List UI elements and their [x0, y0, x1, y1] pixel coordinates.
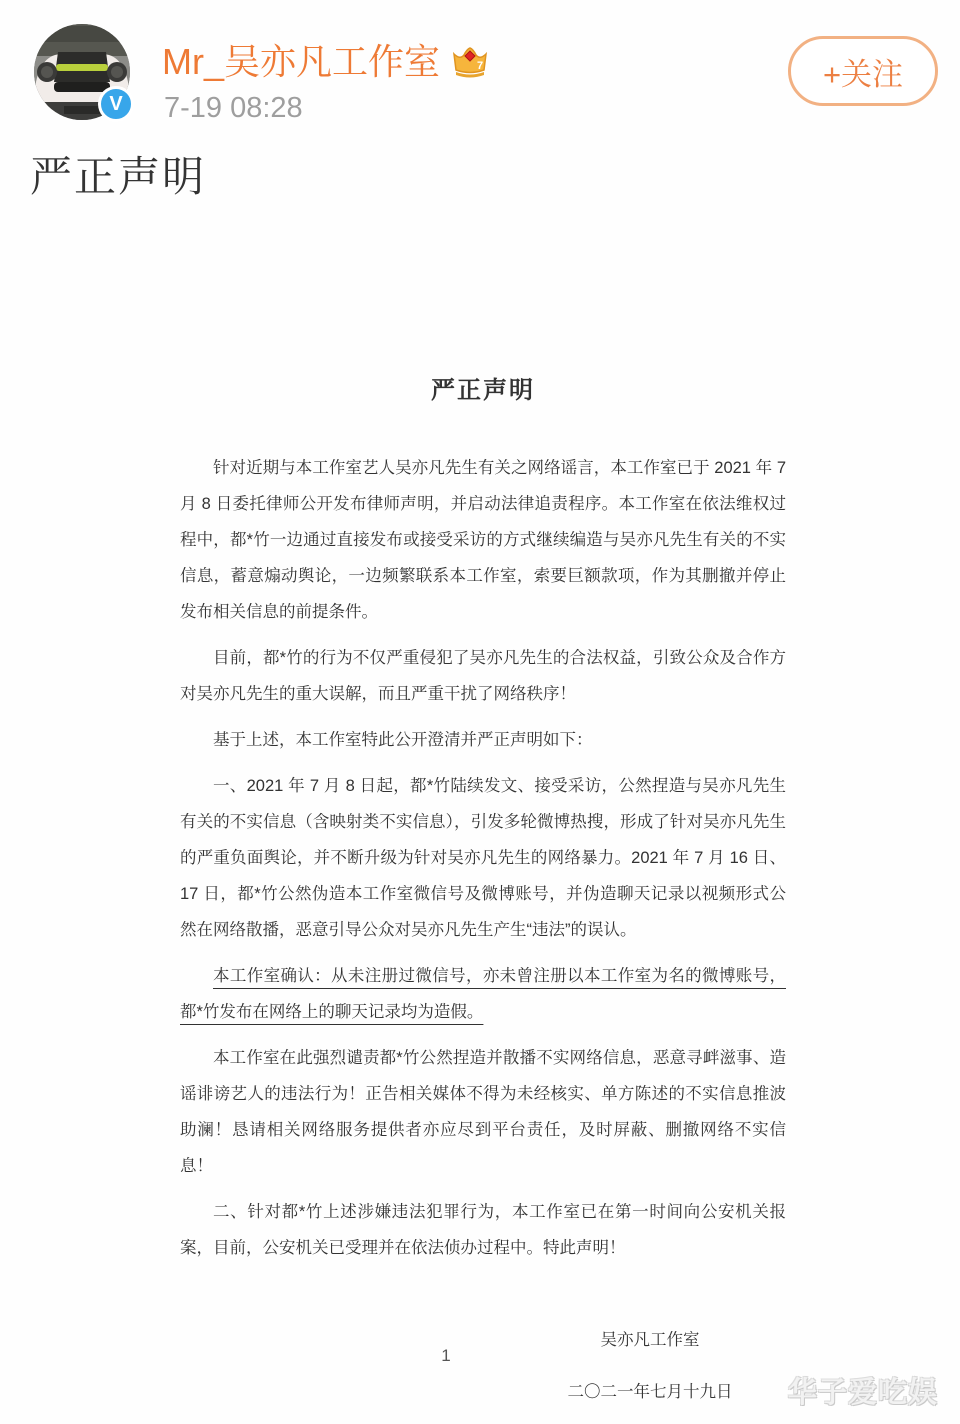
username-link[interactable]: Mr_吴亦凡工作室 [162, 40, 440, 84]
vip-crown-icon: 7 [450, 42, 490, 82]
post-timestamp: 7-19 08:28 [164, 92, 303, 125]
document-title: 严正声明 [180, 376, 786, 406]
post-text: 严正声明 [30, 144, 206, 204]
document-paragraph: 二、针对都*竹上述涉嫌违法犯罪行为，本工作室已在第一时间向公安机关报案，目前，公… [180, 1194, 786, 1266]
document-paragraph: 针对近期与本工作室艺人吴亦凡先生有关之网络谣言，本工作室已于 2021 年 7 … [180, 450, 786, 630]
document-paragraph: 一、2021 年 7 月 8 日起，都*竹陆续发文、接受采访，公然捏造与吴亦凡先… [180, 768, 786, 948]
document-paragraph: 本工作室在此强烈谴责都*竹公然捏造并散播不实网络信息，恶意寻衅滋事、造谣诽谤艺人… [180, 1040, 786, 1184]
signature-name: 吴亦凡工作室 [510, 1322, 790, 1358]
statement-document-image[interactable]: 严正声明 针对近期与本工作室艺人吴亦凡先生有关之网络谣言，本工作室已于 2021… [180, 376, 786, 1410]
verified-v-icon: V [98, 86, 134, 122]
signature-date: 二〇二一年七月十九日 [510, 1374, 790, 1410]
user-avatar[interactable]: V [34, 24, 130, 120]
document-paragraph: 基于上述，本工作室特此公开澄清并严正声明如下： [180, 722, 786, 758]
document-paragraph: 目前，都*竹的行为不仅严重侵犯了吴亦凡先生的合法权益，引致公众及合作方对吴亦凡先… [180, 640, 786, 712]
watermark-text: 华子爱吃娱 [788, 1370, 938, 1411]
signature-block: 吴亦凡工作室 二〇二一年七月十九日 [510, 1322, 790, 1410]
follow-button[interactable]: +关注 [788, 36, 938, 106]
weibo-post-page: V Mr_吴亦凡工作室 7 7-19 08:28 +关注 严正声明 严正声明 针… [0, 0, 960, 1424]
document-paragraph-underlined: 本工作室确认：从未注册过微信号，亦未曾注册以本工作室为名的微博账号，都*竹发布在… [180, 958, 786, 1030]
document-page-number: 1 [426, 1346, 466, 1366]
svg-text:7: 7 [477, 60, 483, 72]
